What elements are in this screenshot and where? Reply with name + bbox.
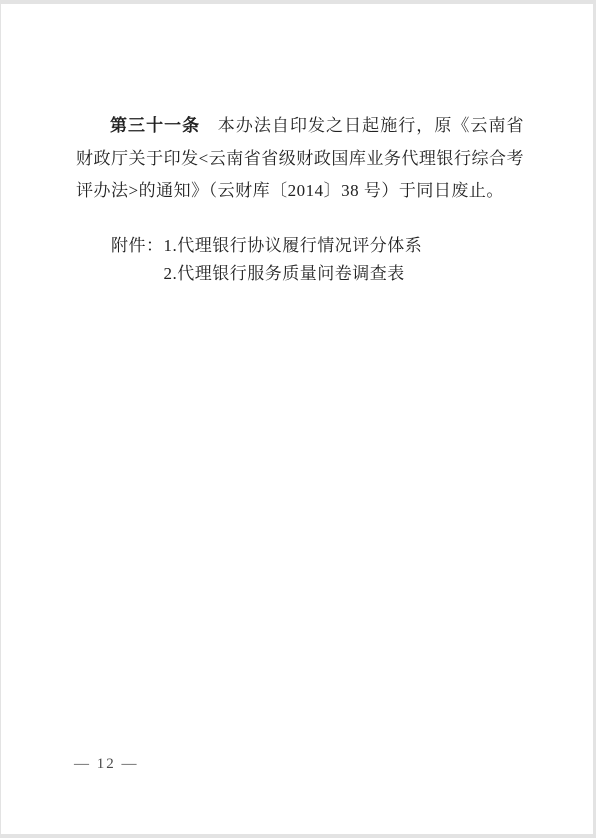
attachment-item-1: 1.代理银行协议履行情况评分体系	[164, 232, 423, 260]
attachments-label: 附件：	[111, 232, 164, 260]
attachment-item-2: 2.代理银行服务质量问卷调查表	[164, 260, 423, 288]
attachments-block: 附件： 1.代理银行协议履行情况评分体系 2.代理银行服务质量问卷调查表	[111, 232, 422, 288]
attachments-list: 1.代理银行协议履行情况评分体系 2.代理银行服务质量问卷调查表	[164, 232, 423, 288]
article-number-heading: 第三十一条	[110, 116, 200, 135]
document-page: 第三十一条本办法自印发之日起施行，原《云南省财政厅关于印发<云南省省级财政国库业…	[1, 4, 593, 834]
page-number: — 12 —	[74, 756, 139, 773]
article-paragraph: 第三十一条本办法自印发之日起施行，原《云南省财政厅关于印发<云南省省级财政国库业…	[76, 110, 524, 208]
